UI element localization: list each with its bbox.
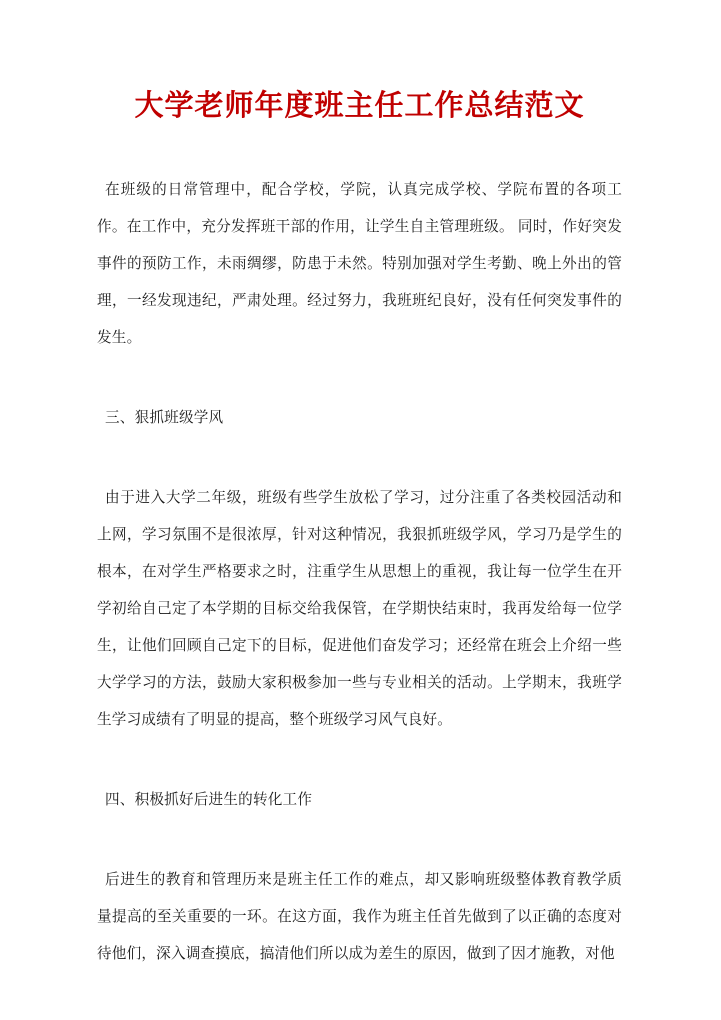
paragraph-daily-management: 在班级的日常管理中，配合学校，学院，认真完成学校、学院布置的各项工作。在工作中，…	[97, 172, 622, 357]
paragraph-study-style: 由于进入大学二年级，班级有些学生放松了学习，过分注重了各类校园活动和上网，学习氛…	[97, 480, 622, 739]
document-page: 大学老师年度班主任工作总结范文 在班级的日常管理中，配合学校，学院，认真完成学校…	[0, 0, 721, 1020]
document-title: 大学老师年度班主任工作总结范文	[97, 86, 622, 126]
section-heading-three: 三、狠抓班级学风	[97, 400, 622, 437]
section-heading-four: 四、积极抓好后进生的转化工作	[97, 782, 622, 819]
paragraph-underachievers: 后进生的教育和管理历来是班主任工作的难点，却又影响班级整体教育教学质量提高的至关…	[97, 862, 622, 973]
